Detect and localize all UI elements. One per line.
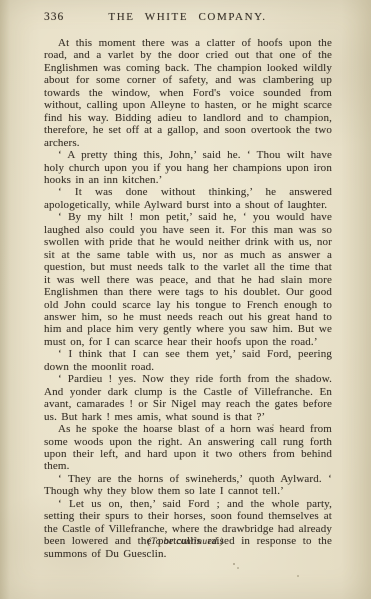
- paragraph: ‘ Pardieu ! yes. Now they ride forth fro…: [44, 373, 332, 423]
- continuation-note: (To be continued.): [0, 537, 371, 547]
- paragraph: ‘ By my hilt ! mon petit,’ said he, ‘ yo…: [44, 211, 332, 348]
- body-text: At this moment there was a clatter of ho…: [44, 37, 332, 560]
- paper-speck: [272, 424, 274, 426]
- paragraph: At this moment there was a clatter of ho…: [44, 37, 332, 149]
- paragraph: ‘ It was done without thinking,’ he answ…: [44, 186, 332, 211]
- paragraph: As he spoke the hoarse blast of a horn w…: [44, 423, 332, 473]
- running-title: THE WHITE COMPANY.: [44, 11, 331, 23]
- paragraph: ‘ I think that I can see them yet,’ said…: [44, 348, 332, 373]
- paper-speck: [297, 575, 299, 577]
- paper-speck: [233, 563, 235, 565]
- book-page-scan: 336 THE WHITE COMPANY. At this moment th…: [0, 0, 371, 599]
- paragraph: ‘ Let us on, then,’ said Ford ; and the …: [44, 498, 332, 560]
- paragraph: ‘ They are the horns of swineherds,’ quo…: [44, 473, 332, 498]
- paper-speck: [237, 567, 239, 569]
- paragraph: ‘ A pretty thing this, John,’ said he. ‘…: [44, 149, 332, 186]
- page-header: 336 THE WHITE COMPANY.: [44, 11, 331, 25]
